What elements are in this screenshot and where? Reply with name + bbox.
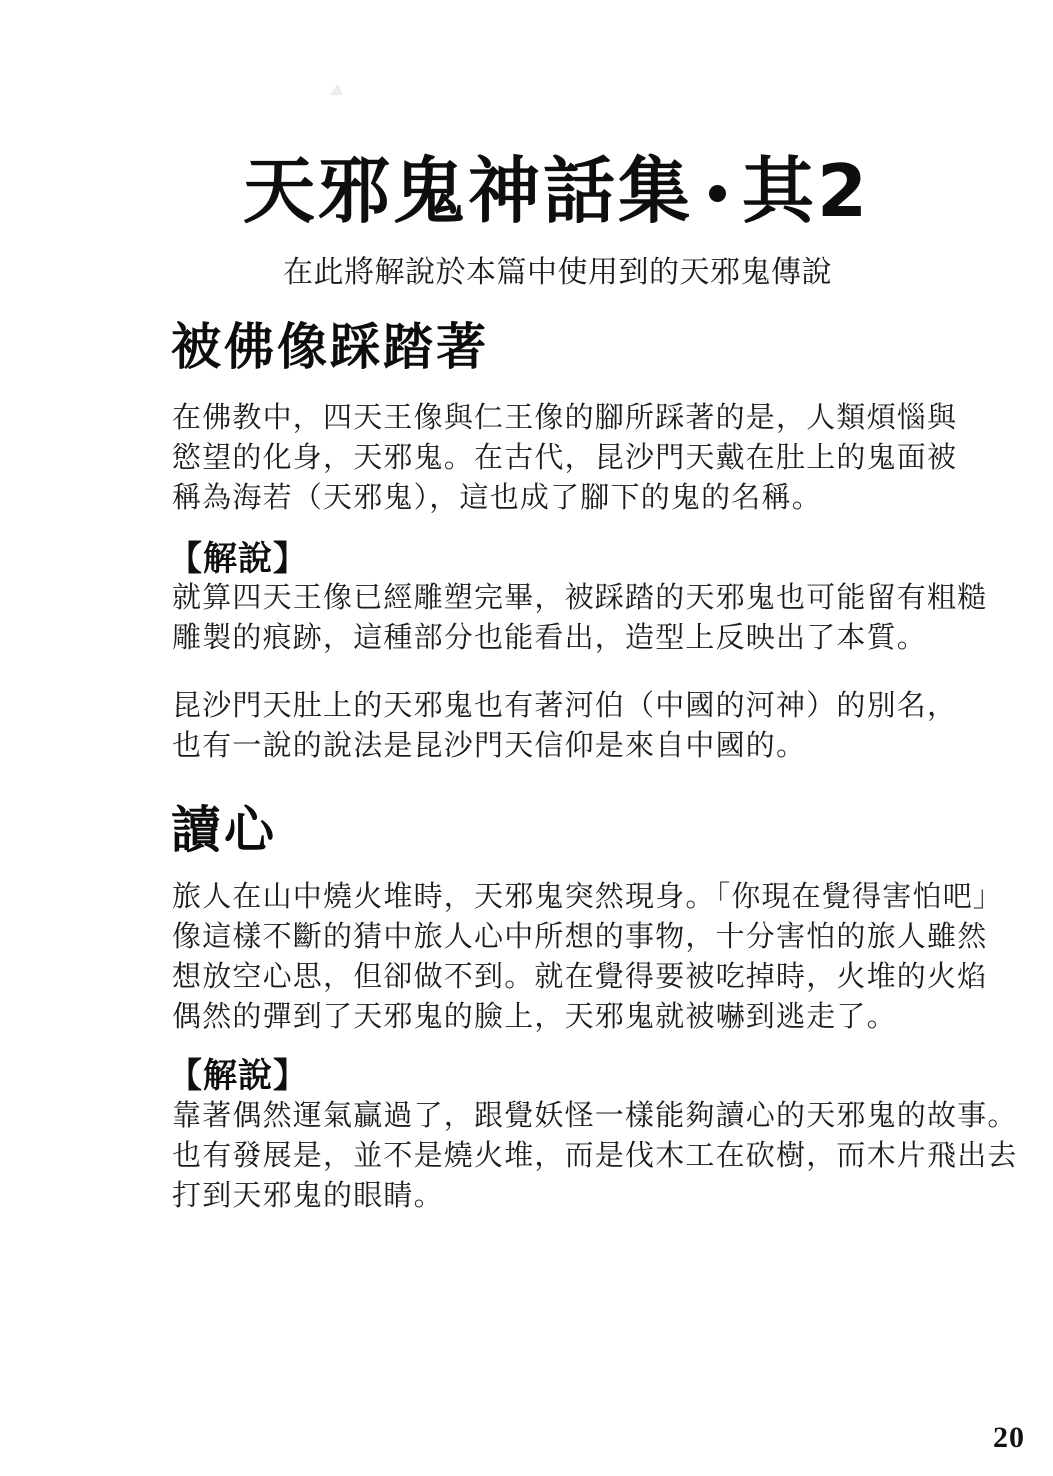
paragraph-line: 打到天邪鬼的眼睛。 — [172, 1175, 982, 1215]
section-1-extra-paragraph: 昆沙門天肚上的天邪鬼也有著河伯（中國的河神）的別名， 也有一說的說法是昆沙門天信… — [172, 685, 982, 765]
paragraph-line: 也有一說的說法是昆沙門天信仰是來自中國的。 — [172, 725, 982, 765]
section-2-intro-paragraph: 旅人在山中燒火堆時，天邪鬼突然現身。「你現在覺得害怕吧」 像這樣不斷的猜中旅人心… — [172, 876, 982, 1036]
paragraph-line: 像這樣不斷的猜中旅人心中所想的事物，十分害怕的旅人雖然 — [172, 916, 982, 956]
section-2-commentary-paragraph: 靠著偶然運氣贏過了，跟覺妖怪一樣能夠讀心的天邪鬼的故事。 也有發展是，並不是燒火… — [172, 1095, 982, 1215]
document-page: 天邪鬼神話集其2 在此將解說於本篇中使用到的天邪鬼傳說 被佛像踩踏著 在佛教中，… — [0, 0, 1053, 1476]
paragraph-line: 稱為海若（天邪鬼），這也成了腳下的鬼的名稱。 — [172, 477, 982, 517]
section-1-commentary-paragraph: 就算四天王像已經雕塑完畢，被踩踏的天邪鬼也可能留有粗糙 雕製的痕跡，這種部分也能… — [172, 577, 982, 657]
page-title-suffix: 其2 — [742, 149, 870, 233]
paragraph-line: 慾望的化身，天邪鬼。在古代，昆沙門天戴在肚上的鬼面被 — [172, 437, 982, 477]
paragraph-line: 在佛教中，四天王像與仁王像的腳所踩著的是，人類煩惱與 — [172, 397, 982, 437]
paragraph-line: 旅人在山中燒火堆時，天邪鬼突然現身。「你現在覺得害怕吧」 — [172, 876, 982, 916]
commentary-label: 【解說】 — [168, 531, 308, 580]
page-title: 天邪鬼神話集其2 — [30, 148, 1053, 234]
paragraph-line: 也有發展是，並不是燒火堆，而是伐木工在砍樹，而木片飛出去 — [172, 1135, 982, 1175]
paragraph-line: 雕製的痕跡，這種部分也能看出，造型上反映出了本質。 — [172, 617, 982, 657]
paragraph-line: 昆沙門天肚上的天邪鬼也有著河伯（中國的河神）的別名， — [172, 685, 982, 725]
paragraph-line: 就算四天王像已經雕塑完畢，被踩踏的天邪鬼也可能留有粗糙 — [172, 577, 982, 617]
paragraph-line: 想放空心思，但卻做不到。就在覺得要被吃掉時，火堆的火焰 — [172, 956, 982, 996]
paragraph-line: 偶然的彈到了天邪鬼的臉上，天邪鬼就被嚇到逃走了。 — [172, 996, 982, 1036]
scan-smudge — [330, 84, 343, 95]
commentary-label: 【解說】 — [168, 1048, 308, 1097]
section-heading-mind-reading: 讀心 — [171, 800, 277, 860]
title-bullet-icon — [709, 185, 726, 202]
page-title-main: 天邪鬼神話集 — [243, 149, 693, 233]
page-number: 20 — [993, 1421, 1025, 1455]
page-subtitle: 在此將解說於本篇中使用到的天邪鬼傳說 — [31, 247, 1053, 291]
section-heading-trampled-by-buddha-statues: 被佛像踩踏著 — [171, 317, 489, 377]
section-1-intro-paragraph: 在佛教中，四天王像與仁王像的腳所踩著的是，人類煩惱與 慾望的化身，天邪鬼。在古代… — [172, 397, 982, 517]
paragraph-line: 靠著偶然運氣贏過了，跟覺妖怪一樣能夠讀心的天邪鬼的故事。 — [172, 1095, 982, 1135]
